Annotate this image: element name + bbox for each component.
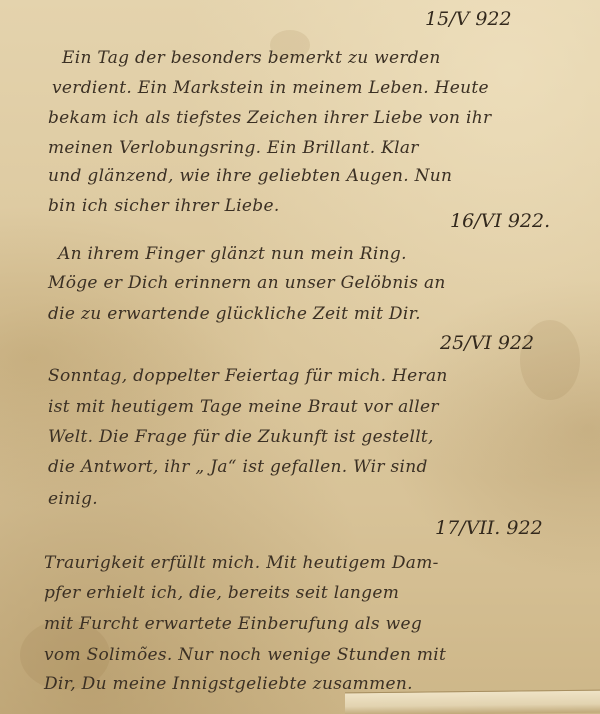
entry-line: die zu erwartende glückliche Zeit mit Di… xyxy=(48,304,421,324)
entry-line: und glänzend, wie ihre geliebten Augen. … xyxy=(48,166,452,186)
entry-line: bin ich sicher ihrer Liebe. xyxy=(48,196,280,216)
entry-line: An ihrem Finger glänzt nun mein Ring. xyxy=(58,244,407,264)
entry-line: verdient. Ein Markstein in meinem Leben.… xyxy=(52,78,489,98)
entry-line: ist mit heutigem Tage meine Braut vor al… xyxy=(48,397,439,417)
entry-line: Traurigkeit erfüllt mich. Mit heutigem D… xyxy=(44,553,439,573)
entry-line: pfer erhielt ich, die, bereits seit lang… xyxy=(44,583,399,603)
entry-line: die Antwort, ihr „ Ja“ ist gefallen. Wir… xyxy=(48,457,428,477)
entry-line: Welt. Die Frage für die Zukunft ist gest… xyxy=(48,427,434,447)
entry-line: meinen Verlobungsring. Ein Brillant. Kla… xyxy=(48,138,419,158)
entry-date: 16/VI 922. xyxy=(450,210,550,232)
torn-paper-edge xyxy=(345,690,600,714)
entry-line: Möge er Dich erinnern an unser Gelöbnis … xyxy=(48,273,446,293)
entry-line: Sonntag, doppelter Feiertag für mich. He… xyxy=(48,366,448,386)
entry-date: 17/VII. 922 xyxy=(435,517,543,539)
entry-date: 25/VI 922 xyxy=(440,332,534,354)
entry-line: mit Furcht erwartete Einberufung als weg xyxy=(44,614,422,634)
entry-line: vom Solimões. Nur noch wenige Stunden mi… xyxy=(44,645,446,665)
entry-line: Ein Tag der besonders bemerkt zu werden xyxy=(62,48,441,68)
scanned-diary-page: 15/V 922 Ein Tag der besonders bemerkt z… xyxy=(0,0,600,714)
entry-date: 15/V 922 xyxy=(425,8,512,30)
entry-line: Dir, Du meine Innigstgeliebte zusammen. xyxy=(44,674,413,694)
entry-line: bekam ich als tiefstes Zeichen ihrer Lie… xyxy=(48,108,491,128)
entry-line: einig. xyxy=(48,489,98,509)
